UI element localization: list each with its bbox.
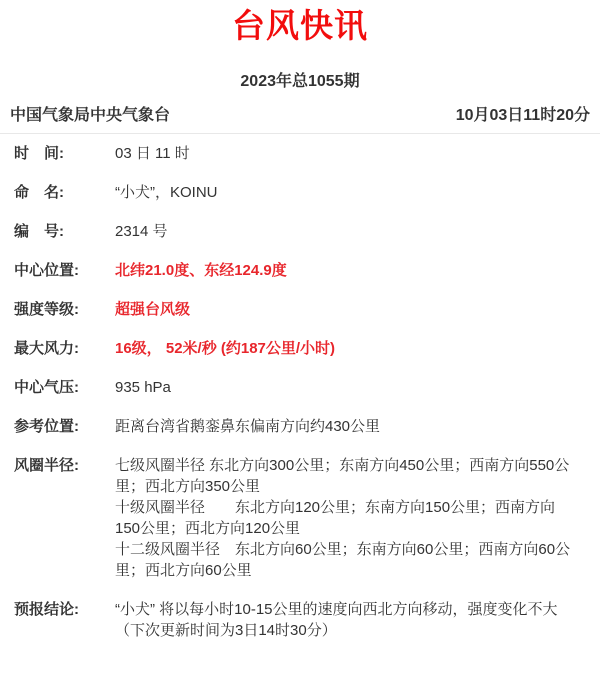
info-row-number: 编 号:2314 号 — [14, 212, 578, 251]
info-row-center-position: 中心位置:北纬21.0度、东经124.9度 — [14, 251, 578, 290]
value-line: 2314 号 — [115, 221, 578, 242]
value-line: 十级风圈半径 东北方向120公里；东南方向150公里；西南方向150公里；西北方… — [115, 497, 578, 539]
value-line: 七级风圈半径 东北方向300公里；东南方向450公里；西南方向550公里；西北方… — [115, 455, 578, 497]
row-label: 预报结论: — [14, 599, 115, 641]
value-line: 距离台湾省鹅銮鼻东偏南方向约430公里 — [115, 416, 578, 437]
row-label: 最大风力: — [14, 338, 115, 359]
info-row-max-wind: 最大风力:16级， 52米/秒 (约187公里/小时) — [14, 329, 578, 368]
row-label: 编 号: — [14, 221, 115, 242]
row-value: “小犬”，KOINU — [115, 182, 578, 203]
row-value: “小犬” 将以每小时10-15公里的速度向西北方向移动，强度变化不大（下次更新时… — [115, 599, 578, 641]
info-row-intensity-level: 强度等级:超强台风级 — [14, 290, 578, 329]
row-value: 16级， 52米/秒 (约187公里/小时) — [115, 338, 578, 359]
agency-name: 中国气象局中央气象台 — [10, 107, 170, 125]
info-row-forecast-conclusion: 预报结论:“小犬” 将以每小时10-15公里的速度向西北方向移动，强度变化不大（… — [14, 590, 578, 650]
row-value: 超强台风级 — [115, 299, 578, 320]
row-value: 2314 号 — [115, 221, 578, 242]
row-label: 强度等级: — [14, 299, 115, 320]
row-label: 命 名: — [14, 182, 115, 203]
info-row-name: 命 名:“小犬”，KOINU — [14, 173, 578, 212]
row-label: 时 间: — [14, 143, 115, 164]
value-line: “小犬”，KOINU — [115, 182, 578, 203]
info-table: 时 间:03 日 11 时命 名:“小犬”，KOINU编 号:2314 号中心位… — [0, 134, 600, 650]
info-row-time: 时 间:03 日 11 时 — [14, 134, 578, 173]
row-value: 七级风圈半径 东北方向300公里；东南方向450公里；西南方向550公里；西北方… — [115, 455, 578, 581]
row-value: 03 日 11 时 — [115, 143, 578, 164]
row-label: 风圈半径: — [14, 455, 115, 581]
value-line: 超强台风级 — [115, 299, 578, 320]
value-line: 北纬21.0度、东经124.9度 — [115, 260, 578, 281]
typhoon-bulletin: 台风快讯 2023年总1055期 中国气象局中央气象台 10月03日11时20分… — [0, 6, 600, 684]
value-line: 935 hPa — [115, 377, 578, 398]
info-row-reference-position: 参考位置:距离台湾省鹅銮鼻东偏南方向约430公里 — [14, 407, 578, 446]
info-row-wind-circle-radius: 风圈半径:七级风圈半径 东北方向300公里；东南方向450公里；西南方向550公… — [14, 446, 578, 590]
issue-datetime: 10月03日11时20分 — [456, 107, 590, 125]
value-line: “小犬” 将以每小时10-15公里的速度向西北方向移动，强度变化不大 — [115, 599, 578, 620]
value-line: （下次更新时间为3日14时30分） — [115, 620, 578, 641]
row-label: 中心气压: — [14, 377, 115, 398]
row-label: 中心位置: — [14, 260, 115, 281]
row-value: 距离台湾省鹅銮鼻东偏南方向约430公里 — [115, 416, 578, 437]
value-line: 16级， 52米/秒 (约187公里/小时) — [115, 338, 578, 359]
issue-number: 2023年总1055期 — [0, 72, 600, 92]
row-value: 北纬21.0度、东经124.9度 — [115, 260, 578, 281]
value-line: 03 日 11 时 — [115, 143, 578, 164]
info-row-central-pressure: 中心气压:935 hPa — [14, 368, 578, 407]
value-line: 十二级风圈半径 东北方向60公里；东南方向60公里；西南方向60公里；西北方向6… — [115, 539, 578, 581]
page-title: 台风快讯 — [0, 6, 600, 46]
row-value: 935 hPa — [115, 377, 578, 398]
row-label: 参考位置: — [14, 416, 115, 437]
masthead: 中国气象局中央气象台 10月03日11时20分 — [0, 107, 600, 134]
